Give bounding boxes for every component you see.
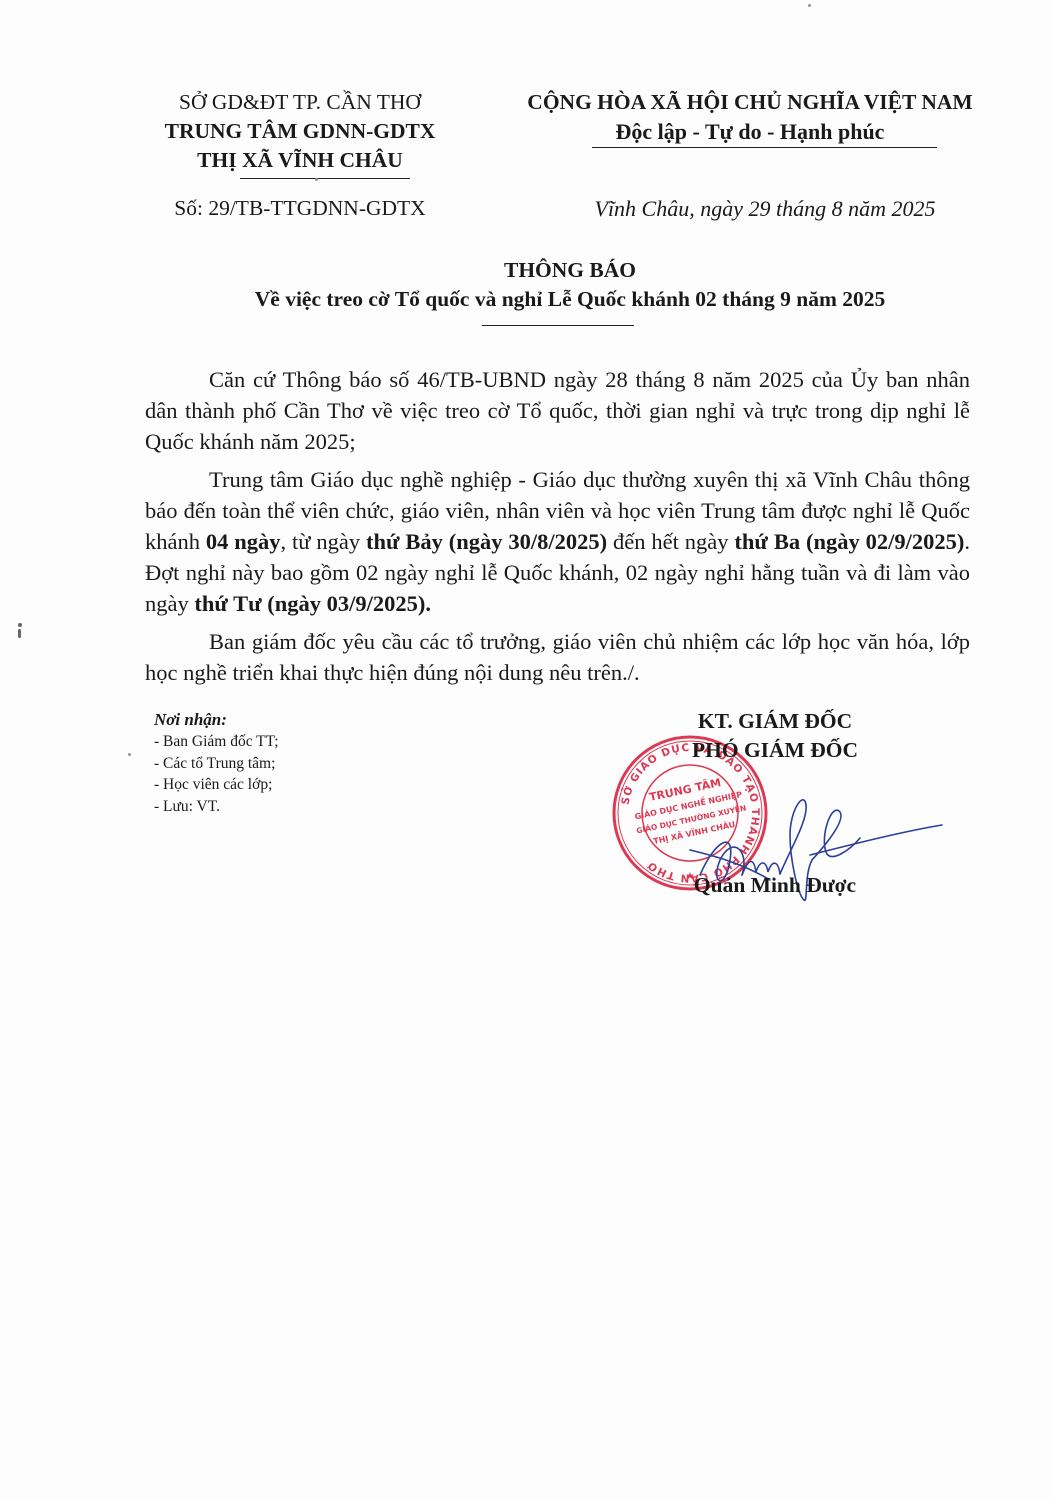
issuing-agency: SỞ GD&ĐT TP. CẦN THƠ TRUNG TÂM GDNN-GDTX… [100,88,500,179]
nation-name: CỘNG HÒA XÃ HỘI CHỦ NGHĨA VIỆT NAM [495,88,1005,117]
signature-authority: KT. GIÁM ĐỐC [630,707,920,736]
national-motto: Độc lập - Tự do - Hạnh phúc [495,117,1005,146]
document-page: SỞ GD&ĐT TP. CẦN THƠ TRUNG TÂM GDNN-GDTX… [0,0,1052,1500]
text-run: , từ ngày [281,529,366,554]
text-run: đến hết ngày [607,529,734,554]
signer-name: Quản Minh Được [630,873,920,898]
recipient-item: - Các tổ Trung tâm; [140,753,440,775]
return-date: thứ Tư (ngày 03/9/2025). [194,591,431,616]
agency-underline [240,178,410,179]
holiday-duration: 04 ngày [206,529,281,554]
agency-parent: SỞ GD&ĐT TP. CẦN THƠ [100,88,500,117]
national-header: CỘNG HÒA XÃ HỘI CHỦ NGHĨA VIỆT NAM Độc l… [495,88,1005,148]
scan-speck [18,629,21,638]
agency-location: THỊ XÃ VĨNH CHÂU [100,146,500,175]
body-paragraph-announcement: Trung tâm Giáo dục nghề nghiệp - Giáo dụ… [145,465,970,619]
title-rule [482,325,634,326]
agency-name: TRUNG TÂM GDNN-GDTX [100,117,500,146]
recipient-item: - Ban Giám đốc TT; [140,731,440,753]
scan-speck [128,753,131,756]
document-title: THÔNG BÁO Về việc treo cờ Tổ quốc và ngh… [0,256,1052,314]
title-subject: Về việc treo cờ Tổ quốc và nghỉ Lễ Quốc … [0,285,1052,314]
recipients-block: Nơi nhận: - Ban Giám đốc TT; - Các tổ Tr… [140,709,440,817]
scan-speck [315,178,318,181]
handwritten-signature-icon [680,780,950,920]
title-main: THÔNG BÁO [0,256,1052,285]
document-body: Căn cứ Thông báo số 46/TB-UBND ngày 28 t… [145,365,970,697]
recipient-item: - Học viên các lớp; [140,774,440,796]
holiday-end: thứ Ba (ngày 02/9/2025) [734,529,964,554]
document-number: Số: 29/TB-TTGDNN-GDTX [100,196,500,221]
recipients-title: Nơi nhận: [140,709,440,731]
body-paragraph-basis: Căn cứ Thông báo số 46/TB-UBND ngày 28 t… [145,365,970,457]
place-date: Vĩnh Châu, ngày 29 tháng 8 năm 2025 [495,196,1035,222]
scan-speck [18,623,22,627]
body-paragraph-request: Ban giám đốc yêu cầu các tổ trưởng, giáo… [145,627,970,689]
scan-speck [808,4,811,7]
signature-title: KT. GIÁM ĐỐC PHÓ GIÁM ĐỐC [630,707,920,765]
holiday-start: thứ Bảy (ngày 30/8/2025) [366,529,607,554]
motto-underline [592,147,937,148]
recipient-item: - Lưu: VT. [140,796,440,818]
signature-position: PHÓ GIÁM ĐỐC [630,736,920,765]
